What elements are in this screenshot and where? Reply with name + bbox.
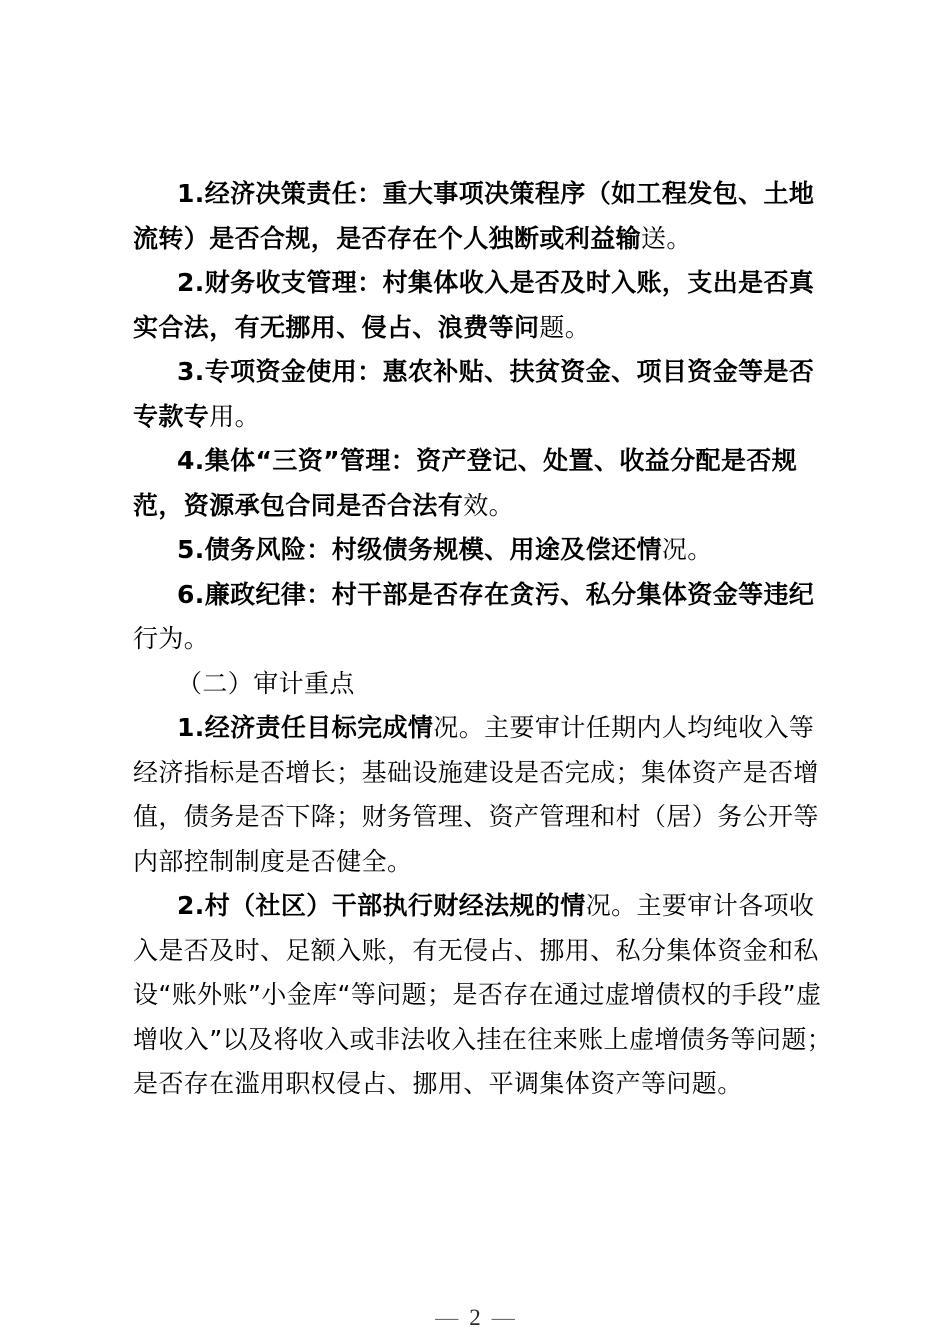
text-segment: 实合法，有无挪用、侵占、浪费等问 [133, 313, 539, 342]
text-line: 2.村（社区）干部执行财经法规的情况。主要审计各项收 [133, 884, 825, 929]
text-line: 经济指标是否增长；基础设施建设是否完成；集体资产是否增 [133, 751, 825, 796]
text-segment: 内部控制制度是否健全。 [133, 847, 412, 876]
text-segment: 1.经济决策责任：重大事项决策程序（如工程发包、土地 [177, 179, 814, 208]
text-segment: 况。 [662, 535, 713, 564]
text-segment: 6.廉政纪律：村干部是否存在贪污、私分集体资金等违纪 [177, 580, 814, 609]
text-line: 内部控制制度是否健全。 [133, 840, 825, 885]
text-line: 增收入”以及将收入或非法收入挂在往来账上虚增债务等问题； [133, 1018, 825, 1063]
text-line: 范，资源承包合同是否合法有效。 [133, 484, 825, 529]
text-line: 2.财务收支管理：村集体收入是否及时入账，支出是否真 [133, 261, 825, 306]
text-segment: 况。主要审计各项收 [586, 891, 815, 920]
text-line: 1.经济决策责任：重大事项决策程序（如工程发包、土地 [133, 172, 825, 217]
text-line: 实合法，有无挪用、侵占、浪费等问题。 [133, 306, 825, 351]
text-line: 设“账外账”小金库“等问题；是否存在通过虚增债权的手段”虚 [133, 973, 825, 1018]
text-segment: 1.经济责任目标完成情 [177, 713, 433, 742]
text-segment: 专款专 [133, 402, 209, 431]
text-segment: 用。 [209, 402, 260, 431]
text-line: 6.廉政纪律：村干部是否存在贪污、私分集体资金等违纪 [133, 573, 825, 618]
text-line: 入是否及时、足额入账，有无侵占、挪用、私分集体资金和私 [133, 929, 825, 974]
text-segment: 送。 [641, 224, 692, 253]
text-line: 5.债务风险：村级债务规模、用途及偿还情况。 [133, 528, 825, 573]
text-segment: 题。 [539, 313, 590, 342]
text-segment: 5.债务风险：村级债务规模、用途及偿还情 [177, 535, 662, 564]
text-segment: 2.财务收支管理：村集体收入是否及时入账，支出是否真 [177, 268, 814, 297]
text-segment: 3.专项资金使用：惠农补贴、扶贫资金、项目资金等是否 [177, 357, 814, 386]
text-segment: 效。 [463, 491, 514, 520]
text-line: （二）审计重点 [133, 662, 825, 707]
text-segment: 范，资源承包合同是否合法有 [133, 491, 463, 520]
footer-right-dash: — [492, 1305, 515, 1330]
page-footer: —2— [0, 1303, 950, 1333]
text-segment: 行为。 [133, 624, 209, 653]
text-line: 值，债务是否下降；财务管理、资产管理和村（居）务公开等 [133, 795, 825, 840]
text-segment: 经济指标是否增长；基础设施建设是否完成；集体资产是否增 [133, 758, 819, 787]
text-segment: 流转）是否合规，是否存在个人独断或利益输 [133, 224, 641, 253]
page-number: 2 [469, 1305, 481, 1330]
footer-left-dash: — [435, 1305, 458, 1330]
text-line: 专款专用。 [133, 395, 825, 440]
text-segment: 况。主要审计任期内人均纯收入等 [433, 713, 814, 742]
text-segment: 是否存在滥用职权侵占、挪用、平调集体资产等问题。 [133, 1069, 743, 1098]
text-line: 3.专项资金使用：惠农补贴、扶贫资金、项目资金等是否 [133, 350, 825, 395]
document-page: 1.经济决策责任：重大事项决策程序（如工程发包、土地流转）是否合规，是否存在个人… [0, 0, 950, 1344]
text-segment: 设“账外账”小金库“等问题；是否存在通过虚增债权的手段”虚 [133, 980, 821, 1009]
text-line: 行为。 [133, 617, 825, 662]
text-line: 4.集体“三资”管理：资产登记、处置、收益分配是否规 [133, 439, 825, 484]
text-line: 1.经济责任目标完成情况。主要审计任期内人均纯收入等 [133, 706, 825, 751]
text-segment: 4.集体“三资”管理：资产登记、处置、收益分配是否规 [177, 446, 797, 475]
text-line: 是否存在滥用职权侵占、挪用、平调集体资产等问题。 [133, 1062, 825, 1107]
page-content: 1.经济决策责任：重大事项决策程序（如工程发包、土地流转）是否合规，是否存在个人… [133, 172, 825, 1107]
text-segment: （二）审计重点 [177, 669, 355, 698]
text-segment: 入是否及时、足额入账，有无侵占、挪用、私分集体资金和私 [133, 936, 819, 965]
text-segment: 2.村（社区）干部执行财经法规的情 [177, 891, 586, 920]
text-segment: 增收入”以及将收入或非法收入挂在往来账上虚增债务等问题； [133, 1025, 832, 1054]
text-line: 流转）是否合规，是否存在个人独断或利益输送。 [133, 217, 825, 262]
text-segment: 值，债务是否下降；财务管理、资产管理和村（居）务公开等 [133, 802, 819, 831]
